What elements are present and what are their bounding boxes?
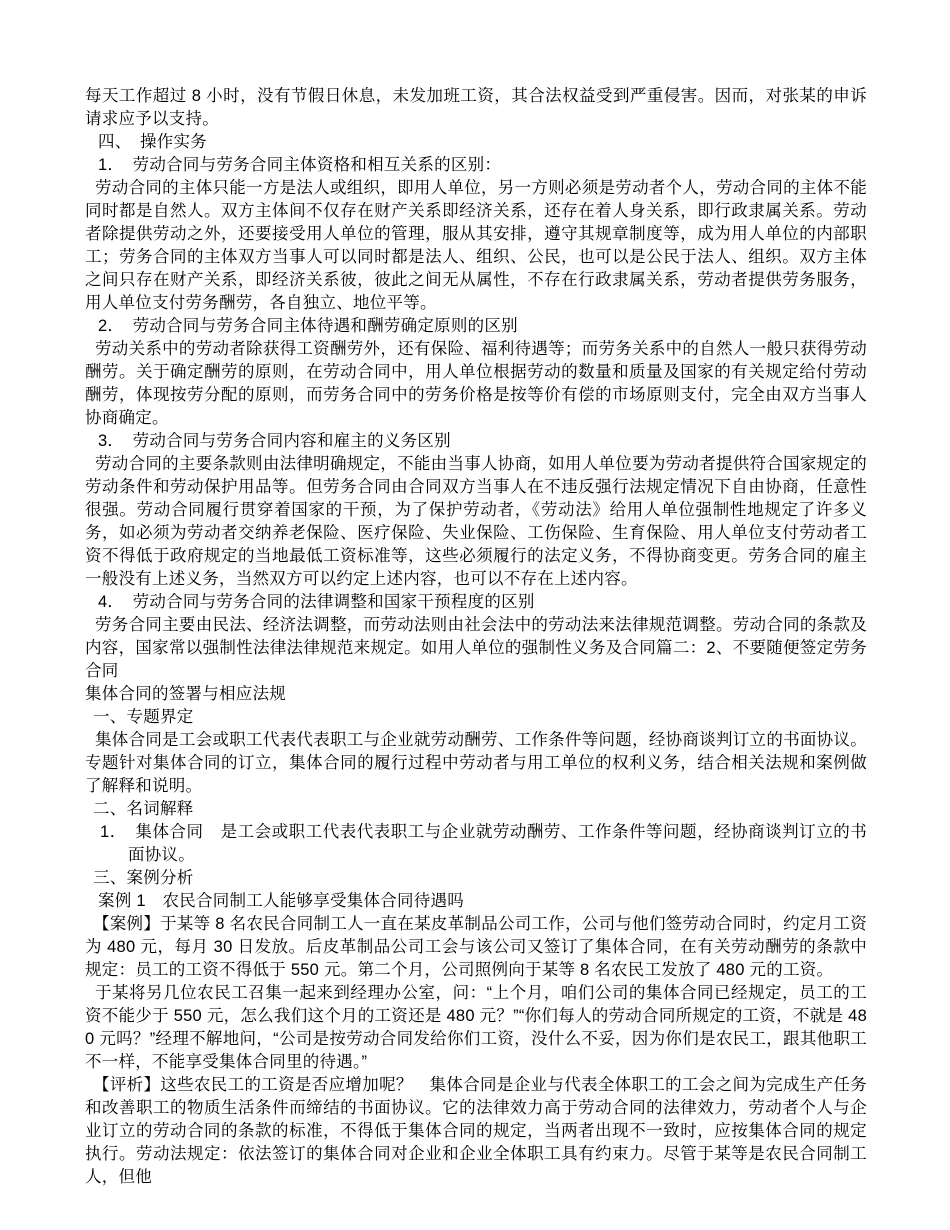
paragraph: 劳动合同的主要条款则由法律明确规定，不能由当事人协商，如用人单位要为劳动者提供符… (85, 453, 867, 591)
paragraph: 集体合同是工会或职工代表代表职工与企业就劳动酬劳、工作条件等问题，经协商谈判订立… (85, 729, 867, 798)
paragraph: 4． 劳动合同与劳务合同的法律调整和国家干预程度的区别 (85, 591, 867, 614)
document-page: 每天工作超过 8 小时，没有节假日休息，未发加班工资，其合法权益受到严重侵害。因… (0, 0, 950, 1230)
paragraph: 1． 集体合同 是工会或职工代表代表职工与企业就劳动酬劳、工作条件等问题，经协商… (85, 821, 867, 867)
paragraph: 一、专题界定 (85, 706, 867, 729)
paragraph: 2． 劳动合同与劳务合同主体待遇和酬劳确定原则的区别 (85, 315, 867, 338)
paragraph: 3． 劳动合同与劳务合同内容和雇主的义务区别 (85, 430, 867, 453)
paragraph: 集体合同的签署与相应法规 (85, 683, 867, 706)
paragraph: 于某将另几位农民工召集一起来到经理办公室，问：“上个月，咱们公司的集体合同已经规… (85, 982, 867, 1074)
paragraph: 四、 操作实务 (85, 131, 867, 154)
paragraph: 劳动关系中的劳动者除获得工资酬劳外，还有保险、福利待遇等；而劳务关系中的自然人一… (85, 338, 867, 430)
paragraph: 1． 劳动合同与劳务合同主体资格和相互关系的区别： (85, 154, 867, 177)
paragraph: 劳务合同主要由民法、经济法调整，而劳动法则由社会法中的劳动法来法律规范调整。劳动… (85, 614, 867, 683)
paragraph: 案例 1 农民合同制工人能够享受集体合同待遇吗 (85, 890, 867, 913)
paragraph: 【评析】这些农民工的工资是否应增加呢？ 集体合同是企业与代表全体职工的工会之间为… (85, 1074, 867, 1189)
paragraph: 二、名词解释 (85, 798, 867, 821)
paragraph: 劳动合同的主体只能一方是法人或组织，即用人单位，另一方则必须是劳动者个人，劳动合… (85, 177, 867, 315)
document-body: 每天工作超过 8 小时，没有节假日休息，未发加班工资，其合法权益受到严重侵害。因… (85, 85, 867, 1189)
paragraph: 每天工作超过 8 小时，没有节假日休息，未发加班工资，其合法权益受到严重侵害。因… (85, 85, 867, 131)
paragraph: 三、案例分析 (85, 867, 867, 890)
paragraph: 【案例】于某等 8 名农民合同制工人一直在某皮革制品公司工作，公司与他们签劳动合… (85, 913, 867, 982)
